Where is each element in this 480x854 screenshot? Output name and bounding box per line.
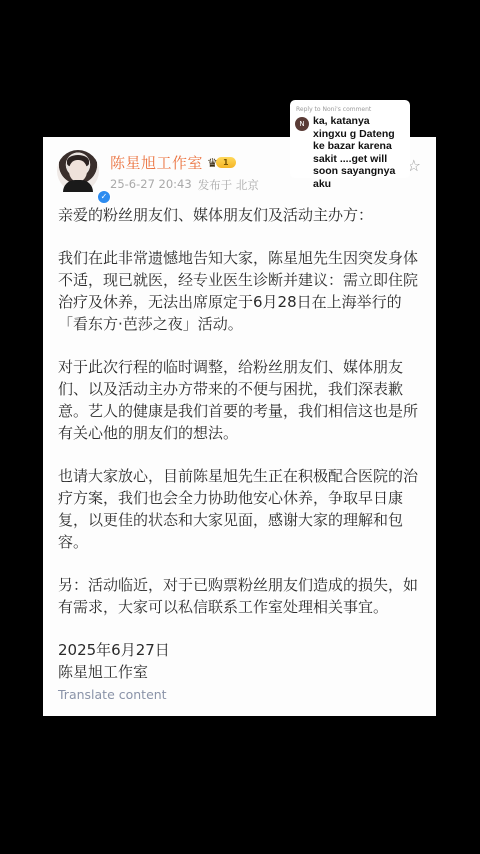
post-meta: 25-6-27 20:43 发布于 北京 xyxy=(110,177,259,193)
comment-row: N ka, katanya xingxu g Dateng ke bazar k… xyxy=(295,115,404,190)
comment-text: ka, katanya xingxu g Dateng ke bazar kar… xyxy=(313,115,404,190)
avatar-face xyxy=(69,160,87,182)
weibo-post-card: ✓ 陈星旭工作室 ♛ 1 25-6-27 20:43 发布于 北京 ☆ 亲爱的粉… xyxy=(43,137,436,716)
post-paragraph: 另：活动临近，对于已购票粉丝朋友们造成的损失，如有需求，大家可以私信联系工作室处… xyxy=(58,574,426,618)
post-paragraph: 我们在此非常遗憾地告知大家，陈星旭先生因突发身体不适，现已就医，经专业医生诊断并… xyxy=(58,247,426,335)
post-location: 发布于 北京 xyxy=(198,177,259,193)
reply-to-label: Reply to Noni's comment xyxy=(296,106,404,113)
author-row: 陈星旭工作室 ♛ 1 xyxy=(110,152,236,173)
author-avatar[interactable]: ✓ xyxy=(57,150,99,192)
video-frame: ✓ 陈星旭工作室 ♛ 1 25-6-27 20:43 发布于 北京 ☆ 亲爱的粉… xyxy=(0,0,480,854)
post-timestamp: 25-6-27 20:43 xyxy=(110,177,192,193)
level-badge: 1 xyxy=(216,157,236,168)
vip-badge: ♛ 1 xyxy=(207,156,236,170)
post-paragraph: 也请大家放心，目前陈星旭先生正在积极配合医院的治疗方案，我们也会全力协助他安心休… xyxy=(58,465,426,553)
author-name[interactable]: 陈星旭工作室 xyxy=(110,152,203,173)
verified-badge-icon: ✓ xyxy=(97,190,111,204)
post-greeting: 亲爱的粉丝朋友们、媒体朋友们及活动主办方： xyxy=(58,204,426,226)
reply-comment-bubble: Reply to Noni's comment N ka, katanya xi… xyxy=(290,100,410,178)
post-body: 亲爱的粉丝朋友们、媒体朋友们及活动主办方： 我们在此非常遗憾地告知大家，陈星旭先… xyxy=(58,204,426,683)
signature-name: 陈星旭工作室 xyxy=(58,661,426,683)
signature-date: 2025年6月27日 xyxy=(58,639,426,661)
avatar-suit xyxy=(63,180,93,192)
translate-content-link[interactable]: Translate content xyxy=(58,687,167,702)
commenter-avatar: N xyxy=(295,117,309,131)
post-paragraph: 对于此次行程的临时调整，给粉丝朋友们、媒体朋友们、以及活动主办方带来的不便与困扰… xyxy=(58,356,426,444)
